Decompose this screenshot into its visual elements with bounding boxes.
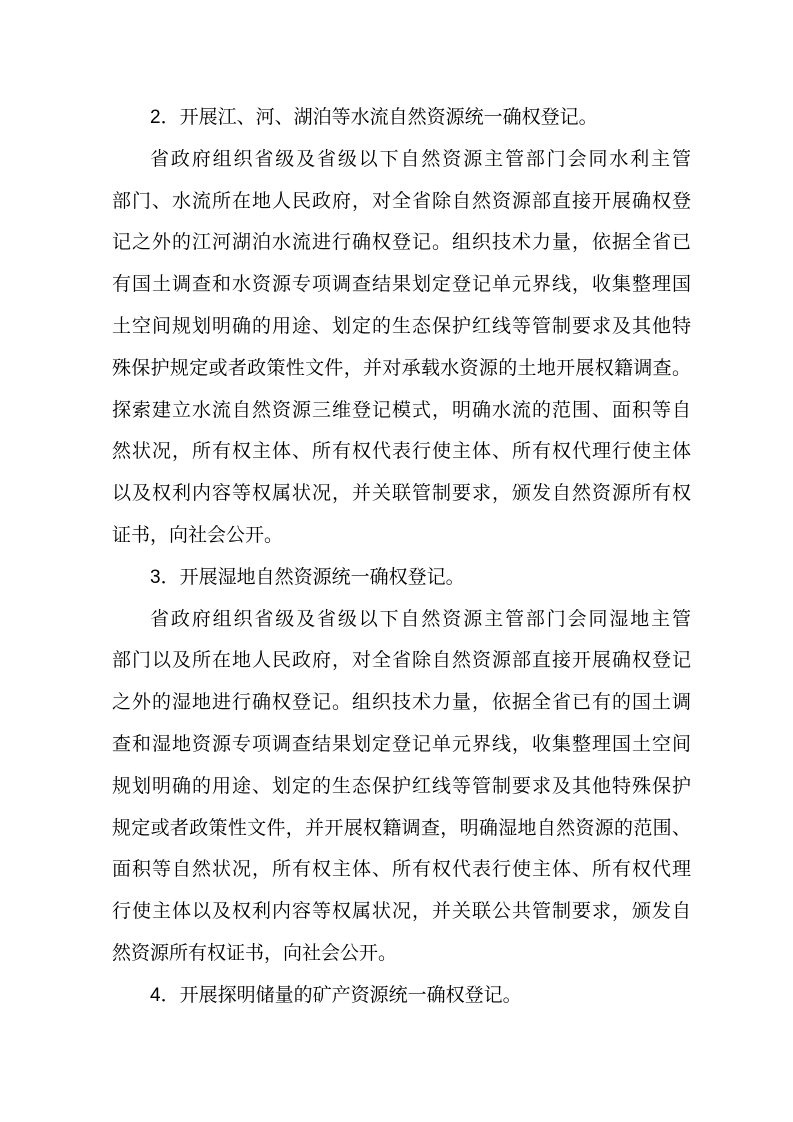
paragraph-line: 有国土调查和水资源专项调查结果划定登记单元界线，收集整理国 <box>112 264 691 306</box>
paragraph-line: 探索建立水流自然资源三维登记模式，明确水流的范围、面积等自 <box>112 390 691 432</box>
paragraph-line: 殊保护规定或者政策性文件，并对承载水资源的土地开展权籍调查。 <box>112 348 691 390</box>
numbered-heading-2: 2．开展江、河、湖泊等水流自然资源统一确权登记。 <box>112 97 691 139</box>
paragraph-line: 规划明确的用途、划定的生态保护红线等管制要求及其他特殊保护 <box>112 766 691 808</box>
numbered-heading-4: 4．开展探明储量的矿产资源统一确权登记。 <box>112 975 691 1017</box>
paragraph-line: 然状况，所有权主体、所有权代表行使主体、所有权代理行使主体 <box>112 431 691 473</box>
paragraph-line: 土空间规划明确的用途、划定的生态保护红线等管制要求及其他特 <box>112 306 691 348</box>
paragraph-line: 省政府组织省级及省级以下自然资源主管部门会同水利主管 <box>112 139 691 181</box>
paragraph-line: 查和湿地资源专项调查结果划定登记单元界线，收集整理国土空间 <box>112 724 691 766</box>
document-page: 2．开展江、河、湖泊等水流自然资源统一确权登记。 省政府组织省级及省级以下自然资… <box>0 0 793 1122</box>
paragraph-line: 省政府组织省级及省级以下自然资源主管部门会同湿地主管 <box>112 599 691 641</box>
paragraph-line: 之外的湿地进行确权登记。组织技术力量，依据全省已有的国土调 <box>112 682 691 724</box>
paragraph-line: 以及权利内容等权属状况，并关联管制要求，颁发自然资源所有权 <box>112 473 691 515</box>
document-text-block: 2．开展江、河、湖泊等水流自然资源统一确权登记。 省政府组织省级及省级以下自然资… <box>112 97 691 1017</box>
numbered-heading-3: 3．开展湿地自然资源统一确权登记。 <box>112 557 691 599</box>
paragraph-line: 规定或者政策性文件，并开展权籍调查，明确湿地自然资源的范围、 <box>112 808 691 850</box>
paragraph-line: 部门、水流所在地人民政府，对全省除自然资源部直接开展确权登 <box>112 181 691 223</box>
paragraph-line: 行使主体以及权利内容等权属状况，并关联公共管制要求，颁发自 <box>112 891 691 933</box>
paragraph-line: 然资源所有权证书，向社会公开。 <box>112 933 691 975</box>
paragraph-line: 记之外的江河湖泊水流进行确权登记。组织技术力量，依据全省已 <box>112 222 691 264</box>
paragraph-line: 面积等自然状况，所有权主体、所有权代表行使主体、所有权代理 <box>112 849 691 891</box>
paragraph-line: 部门以及所在地人民政府，对全省除自然资源部直接开展确权登记 <box>112 640 691 682</box>
paragraph-line: 证书，向社会公开。 <box>112 515 691 557</box>
